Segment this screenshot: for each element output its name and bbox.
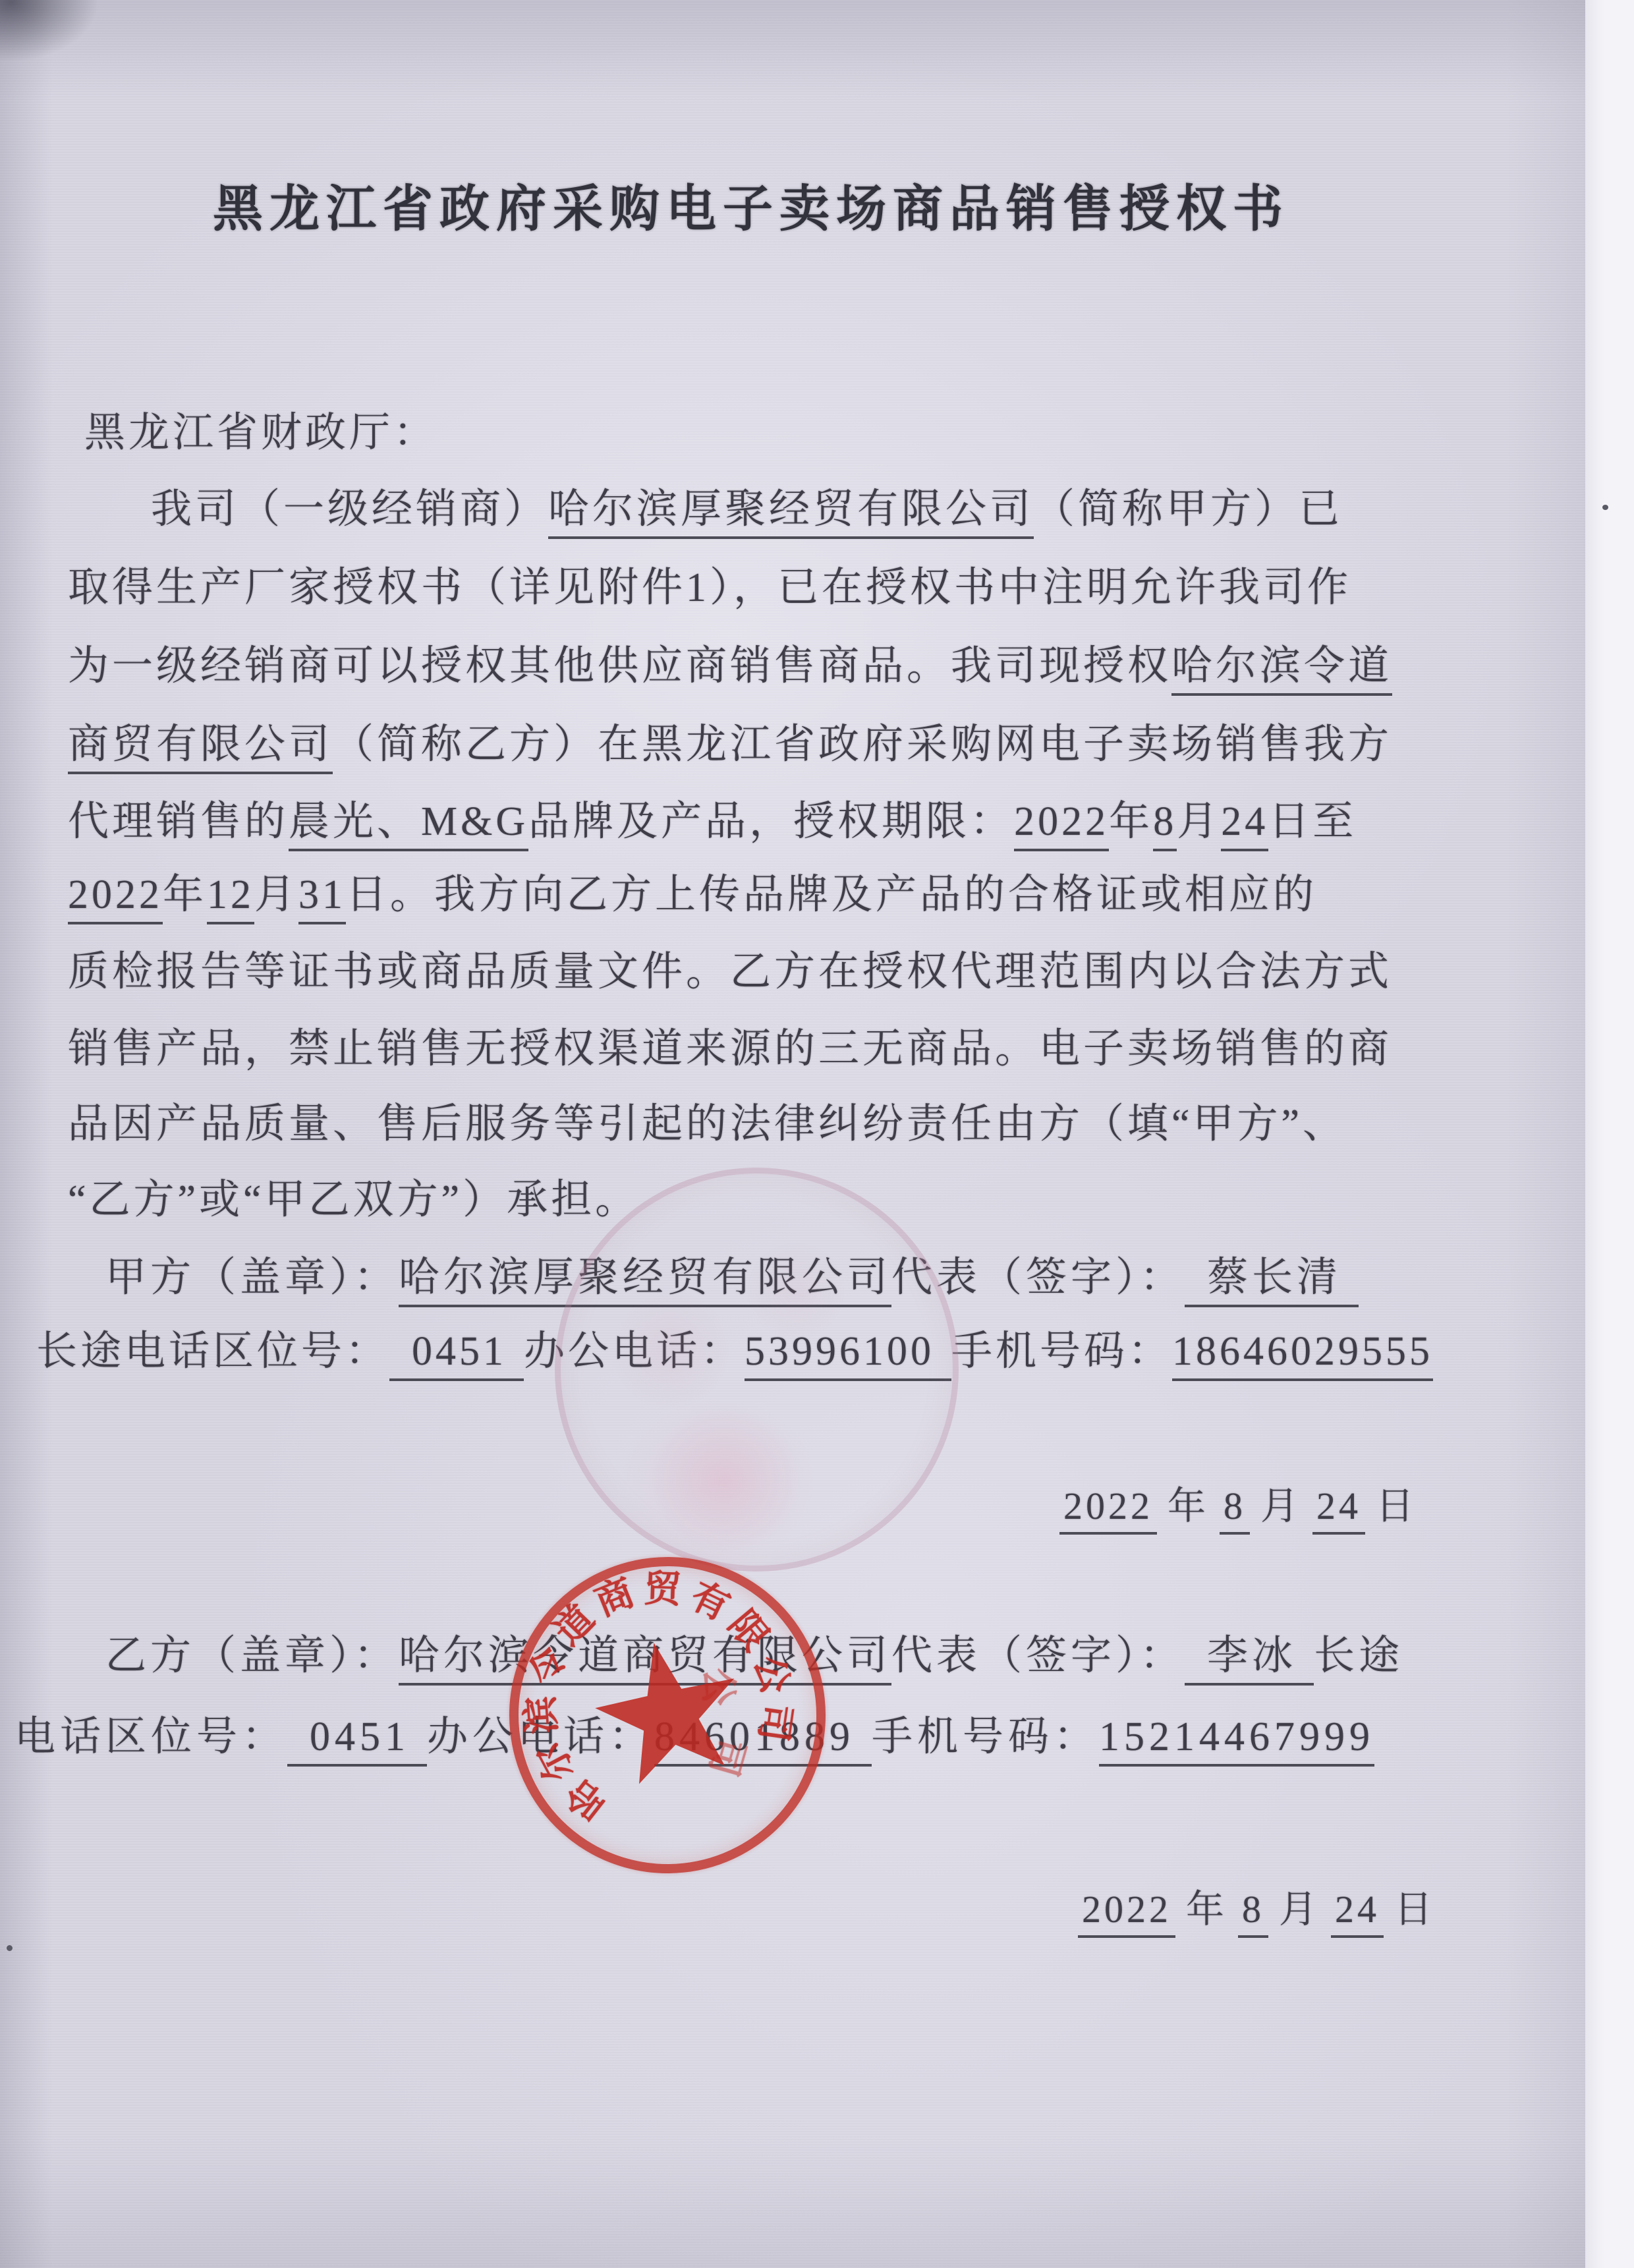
- party-a-date-line: 2022年8月24日: [1054, 1475, 1423, 1530]
- day-char: 日: [1376, 1485, 1417, 1527]
- body-text: （简称乙方）在黑龙江省政府采购网电子卖场销售我方: [333, 722, 1392, 767]
- body-text: 品牌及产品，授权期限：: [528, 799, 1014, 844]
- party-a-label: 甲方（盖章）：: [105, 1255, 399, 1300]
- body-line-4: 商贸有限公司（简称乙方）在黑龙江省政府采购网电子卖场销售我方: [68, 711, 1392, 770]
- body-text: 月: [254, 872, 298, 917]
- body-line-10: “乙方”或“甲乙双方”）承担。: [68, 1166, 639, 1225]
- body-text: 品因产品质量、售后服务等引起的法律纠纷责任由方（填“甲方”、: [68, 1102, 1347, 1147]
- body-line-8: 销售产品，禁止销售无授权渠道来源的三无商品。电子卖场销售的商: [68, 1015, 1392, 1074]
- scan-smudge-topleft: [0, 0, 99, 62]
- party-b-date-day: 24: [1331, 1888, 1384, 1938]
- scan-speck: [1602, 505, 1608, 510]
- document-title: 黑龙江省政府采购电子卖场商品销售授权书: [0, 169, 1502, 241]
- party-b-date-month: 8: [1238, 1888, 1268, 1938]
- start-day-blank: 24: [1221, 799, 1268, 851]
- party-b-date-year: 2022: [1078, 1888, 1175, 1938]
- body-line-5: 代理销售的晨光、M&G品牌及产品，授权期限：2022年8月24日至: [68, 788, 1357, 847]
- body-line-6: 2022年12月31日。我方向乙方上传品牌及产品的合格证或相应的: [68, 861, 1317, 920]
- long-distance-label: 长途: [1314, 1633, 1403, 1678]
- party-b-area-code: 0451: [287, 1715, 427, 1767]
- party-a-company-blank: 哈尔滨厚聚经贸有限公司: [548, 487, 1034, 539]
- body-text: 月: [1177, 799, 1221, 844]
- party-a-seal-faint-blob: [619, 1397, 817, 1568]
- scanned-document-page: 黑龙江省政府采购电子卖场商品销售授权书 黑龙江省财政厅： 我司（一级经销商）哈尔…: [0, 0, 1634, 2268]
- body-text: （简称甲方）已: [1034, 487, 1343, 532]
- scan-edge-strip: [1585, 0, 1634, 2268]
- party-b-mobile: 15214467999: [1099, 1715, 1374, 1767]
- mobile-label: 手机号码：: [872, 1715, 1099, 1759]
- end-day-blank: 31: [298, 872, 346, 924]
- party-a-date-year: 2022: [1059, 1485, 1157, 1535]
- year-char: 年: [1186, 1888, 1227, 1931]
- seal-arc-char-ghost: 公: [694, 1667, 749, 1707]
- area-code-label: 电话区位号：: [14, 1715, 287, 1759]
- end-month-blank: 12: [207, 872, 254, 924]
- body-text: 日至: [1268, 799, 1357, 844]
- body-text: 年: [163, 872, 207, 917]
- party-b-company-blank-part2: 商贸有限公司: [68, 722, 333, 774]
- body-text: 销售产品，禁止销售无授权渠道来源的三无商品。电子卖场销售的商: [68, 1027, 1392, 1071]
- month-char: 月: [1279, 1888, 1320, 1931]
- start-month-blank: 8: [1153, 799, 1177, 851]
- party-a-area-code: 0451: [389, 1329, 524, 1381]
- body-text: “乙方”或“甲乙双方”）承担。: [68, 1177, 639, 1222]
- body-text: 年: [1109, 799, 1153, 844]
- party-a-date-day: 24: [1312, 1485, 1365, 1535]
- body-line-9: 品因产品质量、售后服务等引起的法律纠纷责任由方（填“甲方”、: [68, 1091, 1347, 1149]
- year-char: 年: [1168, 1485, 1209, 1527]
- brand-blank: 晨光、M&G: [289, 799, 528, 851]
- end-year-blank: 2022: [68, 872, 163, 924]
- body-line-1: 我司（一级经销商）哈尔滨厚聚经贸有限公司（简称甲方）已: [68, 476, 1343, 534]
- body-line-2: 取得生产厂家授权书（详见附件1），已在授权书中注明允许我司作: [68, 554, 1351, 613]
- seal-arc-char: 滨: [510, 1695, 567, 1736]
- body-text: 日。我方向乙方上传品牌及产品的合格证或相应的: [346, 872, 1317, 917]
- party-b-signer-name: 李冰: [1185, 1633, 1314, 1686]
- seal-arc-char: 司: [748, 1701, 807, 1745]
- body-line-7: 质检报告等证书或商品质量文件。乙方在授权代理范围内以合法方式: [68, 938, 1392, 997]
- party-b-seal-star-icon: [577, 1624, 762, 1808]
- month-char: 月: [1260, 1485, 1302, 1527]
- body-text: 取得生产厂家授权书（详见附件1），已在授权书中注明允许我司作: [68, 565, 1351, 610]
- day-char: 日: [1394, 1888, 1436, 1931]
- party-b-label: 乙方（盖章）：: [105, 1633, 399, 1678]
- mobile-label: 手机号码：: [951, 1329, 1172, 1374]
- party-a-mobile: 18646029555: [1172, 1329, 1433, 1381]
- body-text: 为一级经销商可以授权其他供应商销售商品。我司现授权: [68, 644, 1171, 689]
- party-a-date-month: 8: [1220, 1485, 1250, 1535]
- party-b-representative-label: 代表（签字）：: [891, 1633, 1185, 1678]
- addressee-text: 黑龙江省财政厅：: [84, 411, 437, 455]
- start-year-blank: 2022: [1014, 799, 1109, 851]
- party-b-date-line: 2022年8月24日: [1073, 1878, 1441, 1933]
- body-text: 我司（一级经销商）: [151, 487, 548, 532]
- body-line-3: 为一级经销商可以授权其他供应商销售商品。我司现授权哈尔滨令道: [68, 633, 1392, 691]
- paper-sheet: 黑龙江省政府采购电子卖场商品销售授权书 黑龙江省财政厅： 我司（一级经销商）哈尔…: [0, 0, 1585, 2268]
- scan-speck: [7, 1945, 13, 1951]
- party-a-signer-name: 蔡长清: [1185, 1255, 1359, 1307]
- seal-arc-char: 贸: [643, 1558, 683, 1614]
- body-text: 质检报告等证书或商品质量文件。乙方在授权代理范围内以合法方式: [68, 950, 1392, 994]
- party-b-company-blank-part1: 哈尔滨令道: [1171, 644, 1392, 696]
- addressee-line: 黑龙江省财政厅：: [84, 399, 437, 458]
- area-code-label: 长途电话区位号：: [36, 1329, 389, 1374]
- body-text: 代理销售的: [68, 799, 289, 844]
